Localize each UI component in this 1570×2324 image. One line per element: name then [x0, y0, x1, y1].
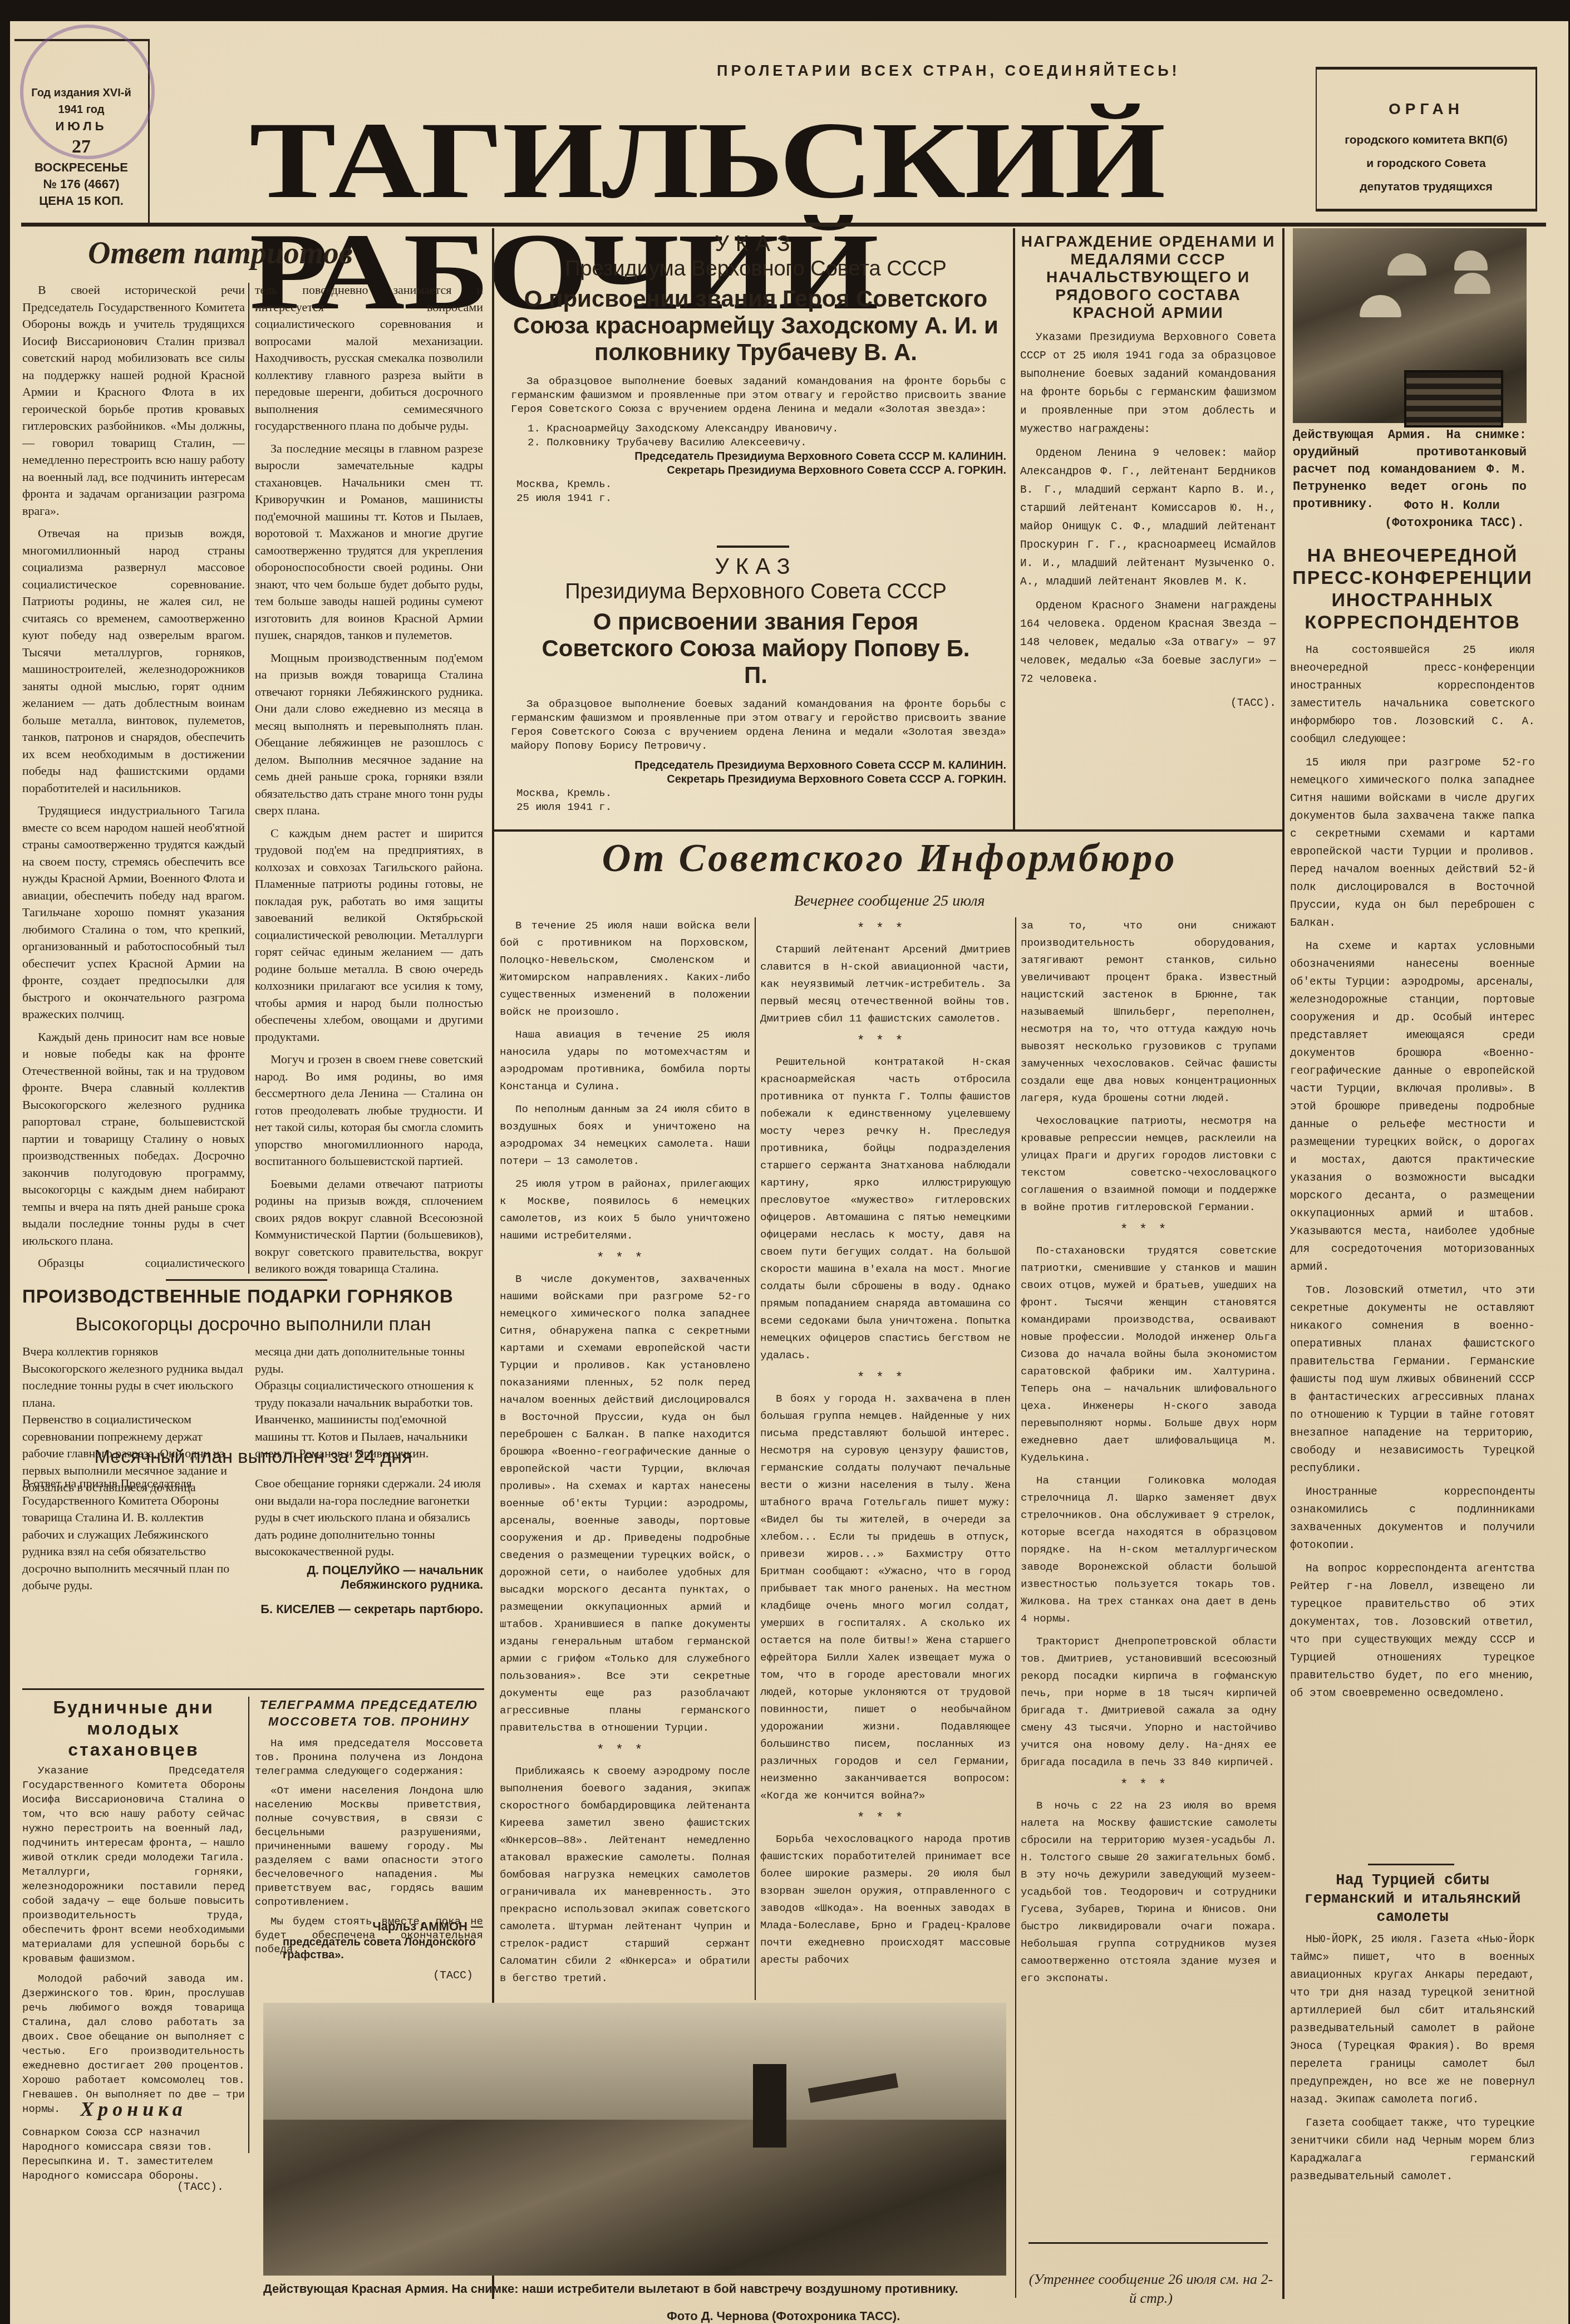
slogan: ПРОЛЕТАРИИ ВСЕХ СТРАН, СОЕДИНЯЙТЕСЬ! — [717, 62, 1180, 80]
newspaper-page: Год издания XVI-й 1941 год ИЮЛЬ 27 ВОСКР… — [10, 21, 1568, 2324]
sovinform-col3: за то, что они снижают производительност… — [1021, 917, 1277, 2203]
miners-sub1-col1: Вчера коллектив горняков Высокогорского … — [22, 1343, 245, 1496]
paragraph: НЬЮ-ЙОРК, 25 июля. Газета «Нью-Йорк тайм… — [1290, 1930, 1535, 2109]
paragraph: По-стахановски трудятся советские патрио… — [1021, 1242, 1277, 1467]
editorial-col1: В своей исторической речи Председатель Г… — [22, 282, 245, 1278]
section-stars: *** — [1021, 1777, 1277, 1794]
issue-number: № 176 (4667) — [14, 176, 148, 193]
decree-signature: Секретарь Президиума Верховного Совета С… — [511, 773, 1006, 787]
section-stars: *** — [760, 1033, 1011, 1050]
column-divider — [755, 917, 756, 2000]
column-divider — [1015, 917, 1016, 2298]
awards-section: НАГРАЖДЕНИЕ ОРДЕНАМИ И МЕДАЛЯМИ СССР НАЧ… — [1020, 228, 1276, 713]
library-stamp — [20, 24, 155, 159]
sovinform-col1: В течение 25 июля наши войска вели бой с… — [500, 917, 750, 2000]
paragraph: Мощным производственным под'емом на приз… — [255, 650, 483, 819]
telegram-source: (ТАСС) — [433, 1969, 473, 1982]
section-stars: *** — [500, 1250, 750, 1267]
section-stars: *** — [1021, 1222, 1277, 1239]
section-stars: *** — [760, 1810, 1011, 1827]
decree-issuer: Президиума Верховного Совета СССР — [500, 257, 1012, 281]
decree-date: 25 июля 1941 г. — [511, 800, 1006, 814]
chronicle-source: (ТАСС). — [177, 2181, 224, 2194]
decree-item: 2. Полковнику Трубачеву Василию Алексеев… — [511, 436, 1006, 450]
price: ЦЕНА 15 КОП. — [14, 193, 148, 209]
paragraph: Отвечая на призыв вождя, многомиллионный… — [22, 525, 245, 797]
paragraph: Каждый день приносит нам все новые и нов… — [22, 1029, 245, 1250]
column-divider — [248, 1697, 249, 2153]
decree-place: Москва, Кремль. — [511, 787, 1006, 800]
masthead-rule — [21, 223, 1546, 227]
section-rule — [22, 1688, 484, 1690]
photo-bottom-credit: Фото Д. Чернова (Фотохроника ТАСС). — [667, 2309, 900, 2323]
decree-signature: Председатель Президиума Верховного Совет… — [511, 759, 1006, 773]
youth-body: Указание Председателя Государственного К… — [22, 1763, 245, 2122]
awards-source: (ТАСС). — [1020, 694, 1276, 713]
sovinform-footnote: (Утреннее сообщение 26 июля см. на 2-й с… — [1028, 2270, 1273, 2308]
organ-line: депутатов трудящихся — [1317, 175, 1535, 199]
paragraph: Приближаясь к своему аэродрому после вып… — [500, 1763, 750, 1987]
sovinform-subhead: Вечернее сообщение 25 июля — [500, 892, 1279, 910]
paragraph: Наша авиация в течение 25 июля наносила … — [500, 1026, 750, 1095]
paragraph: Боевыми делами отвечают патриоты родины … — [255, 1176, 483, 1278]
paragraph: На схеме и картах условными обозначениям… — [1290, 937, 1535, 1276]
section-rule — [494, 829, 1284, 832]
photo-fighter-planes — [263, 2003, 1006, 2276]
section-stars: *** — [500, 1742, 750, 1760]
editorial-col2: тель повседневно занимается и интересует… — [255, 282, 483, 1278]
paragraph: тель повседневно занимается и интересует… — [255, 282, 483, 435]
issue-info-box: Год издания XVI-й 1941 год ИЮЛЬ 27 ВОСКР… — [14, 39, 150, 225]
organ-label: ОРГАН — [1317, 97, 1535, 121]
paragraph: «От имени населения Лондона шлю населени… — [255, 1784, 483, 1909]
miners-sub1: Высокогорцы досрочно выполнили план — [22, 1314, 484, 1335]
decree-title: О присвоении звания Героя Советского Сою… — [505, 286, 1006, 366]
paragraph: Чехословацкие патриоты, несмотря на кров… — [1021, 1113, 1277, 1216]
helmet — [1360, 295, 1401, 317]
section-stars: *** — [760, 921, 1011, 938]
decree-issuer: Президиума Верховного Совета СССР — [500, 579, 1012, 604]
column-divider — [492, 228, 494, 2299]
telegram-signer: Чарльз АММОН — — [255, 1919, 483, 1934]
sovinform-col2: *** Старший лейтенант Арсений Дмитриев с… — [760, 917, 1011, 2000]
paragraph: 15 июля при разгроме 52-го немецкого хим… — [1290, 754, 1535, 932]
paragraph: За образцовое выполнение боевых заданий … — [511, 375, 1006, 416]
paragraph: В ночь с 22 на 23 июля во время налета н… — [1021, 1797, 1277, 1987]
youth-headline: Будничные дни молодых стахановцев — [22, 1697, 245, 1760]
paragraph: Тов. Лозовский отметил, что эти секретны… — [1290, 1281, 1535, 1477]
paragraph: На вопрос корреспондента агентства Рейте… — [1290, 1560, 1535, 1702]
column-divider — [1282, 228, 1284, 2299]
organ-line: и городского Совета — [1317, 152, 1535, 175]
awards-body: Указами Президиума Верховного Совета ССС… — [1020, 328, 1276, 713]
photo-antitank-crew — [1293, 228, 1527, 423]
paragraph: Борьба чехословацкого народа против фаши… — [760, 1831, 1011, 1969]
helmet — [1454, 250, 1488, 271]
miners-sub2: Месячный план выполнен за 24 дня — [22, 1446, 484, 1468]
paragraph: С каждым днем растет и ширится трудовой … — [255, 825, 483, 1046]
ornament-rule — [166, 1279, 327, 1281]
paragraph: За образцовое выполнение боевых заданий … — [511, 697, 1006, 753]
miners-signer: Д. ПОЦЕЛУЙКО — начальник Лебяжинского ру… — [255, 1563, 483, 1592]
paragraph: Тракторист Днепропетровской области тов.… — [1021, 1633, 1277, 1771]
weekday: ВОСКРЕСЕНЬЕ — [14, 159, 148, 176]
paragraph: В своей исторической речи Председатель Г… — [22, 282, 245, 519]
helmet — [1454, 273, 1490, 294]
decree-1: УКАЗ Президиума Верховного Совета СССР О… — [500, 228, 1012, 505]
ornament-rule — [1368, 1864, 1454, 1865]
press-conference: НА ВНЕОЧЕРЕДНОЙ ПРЕСС-КОНФЕРЕНЦИИ ИНОСТР… — [1290, 539, 1535, 1838]
paragraph: Решительной контратакой Н-ская красноарм… — [760, 1054, 1011, 1364]
paragraph: На состоявшейся 25 июля внеочередной пре… — [1290, 641, 1535, 748]
decree-signature: Секретарь Президиума Верховного Совета С… — [511, 464, 1006, 478]
miners-sub1-col2: месяца дни дать дополнительные тонны руд… — [255, 1343, 483, 1462]
section-rule — [1028, 2242, 1268, 2244]
decree-signature: Председатель Президиума Верховного Совет… — [511, 450, 1006, 464]
paragraph: За последние месяцы в главном разрезе вы… — [255, 440, 483, 644]
paragraph: По неполным данным за 24 июля сбито в во… — [500, 1101, 750, 1170]
miners-headline: ПРОИЗВОДСТВЕННЫЕ ПОДАРКИ ГОРНЯКОВ — [22, 1286, 484, 1307]
miners-sub2-col2: Свое обещание горняки сдержали. 24 июля … — [255, 1475, 483, 1560]
paragraph: Молодой рабочий завода им. Дзержинского … — [22, 1972, 245, 2116]
decree-label: УКАЗ — [500, 554, 1012, 579]
telegram-headline: ТЕЛЕГРАММА ПРЕДСЕДАТЕЛЮ МОССОВЕТА ТОВ. П… — [255, 1697, 483, 1730]
paragraph: На станции Голиковка молодая стрелочница… — [1021, 1472, 1277, 1628]
chronicle-headline: Хроника — [22, 2097, 245, 2121]
paragraph: Орденом Ленина 9 человек: майор Александ… — [1020, 444, 1276, 591]
editorial-headline: Ответ патриотов — [88, 235, 353, 271]
press-headline: НА ВНЕОЧЕРЕДНОЙ ПРЕСС-КОНФЕРЕНЦИИ ИНОСТР… — [1290, 544, 1535, 633]
telegram-signer-title: председатель совета Лондонского графства… — [283, 1936, 483, 1962]
decree-label: УКАЗ — [500, 232, 1012, 257]
paragraph: Указание Председателя Государственного К… — [22, 1763, 245, 1966]
turkey-body: НЬЮ-ЙОРК, 25 июля. Газета «Нью-Йорк тайм… — [1290, 1930, 1535, 2191]
paragraph: На имя председателя Моссовета тов. Прони… — [255, 1737, 483, 1778]
chronicle-text: Совнарком Союза ССР назначил Народного к… — [22, 2125, 245, 2183]
decree-2: УКАЗ Президиума Верховного Совета СССР О… — [500, 554, 1012, 814]
decree-body: За образцовое выполнение боевых заданий … — [500, 375, 1012, 505]
organ-box: ОРГАН городского комитета ВКП(б) и город… — [1316, 67, 1537, 212]
figure-silhouette — [753, 2064, 786, 2148]
section-stars: *** — [760, 1370, 1011, 1387]
miners-signer: Б. КИСЕЛЕВ — секретарь партбюро. — [255, 1602, 483, 1617]
photo-top-credit: Фото Н. Колли — [1404, 497, 1500, 514]
turkey-headline: Над Турцией сбиты германский и итальянск… — [1290, 1872, 1535, 1927]
paragraph: В боях у города Н. захвачена в плен боль… — [760, 1391, 1011, 1805]
sovinform-headline: От Советского Информбюро — [500, 835, 1279, 881]
photo-top-credit: (Фотохроника ТАСС). — [1385, 514, 1524, 532]
paragraph: В течение 25 июля наши войска вели бой с… — [500, 917, 750, 1021]
decree-body: За образцовое выполнение боевых заданий … — [500, 697, 1012, 814]
paragraph: Иностранные корреспонденты ознакомились … — [1290, 1483, 1535, 1554]
paragraph: Трудящиеся индустриального Тагила вместе… — [22, 802, 245, 1023]
decree-title: О присвоении звания Героя Советского Сою… — [533, 608, 978, 689]
photo-bottom-caption: Действующая Красная Армия. На снимке: на… — [263, 2281, 1006, 2297]
awards-headline: НАГРАЖДЕНИЕ ОРДЕНАМИ И МЕДАЛЯМИ СССР НАЧ… — [1020, 233, 1276, 322]
paragraph: Указами Президиума Верховного Совета ССС… — [1020, 328, 1276, 439]
paragraph: В числе документов, захваченных нашими в… — [500, 1271, 750, 1737]
decree-date: 25 июля 1941 г. — [511, 492, 1006, 505]
paragraph: Могуч и грозен в своем гневе советский н… — [255, 1051, 483, 1170]
editorial-divider — [248, 283, 249, 1274]
paragraph: 25 июля утром в районах, прилегающих к М… — [500, 1176, 750, 1245]
ammo-crate — [1404, 370, 1503, 428]
organ-line: городского комитета ВКП(б) — [1317, 129, 1535, 152]
paragraph: Газета сообщает также, что турецкие зени… — [1290, 2114, 1535, 2185]
paragraph: за то, что они снижают производительност… — [1021, 917, 1277, 1107]
press-body: На состоявшейся 25 июля внеочередной пре… — [1290, 641, 1535, 1838]
paragraph: Образцы социалистического отношения к тр… — [22, 1255, 245, 1278]
helmet — [1387, 253, 1426, 276]
decree-place: Москва, Кремль. — [511, 478, 1006, 492]
paragraph: Старший лейтенант Арсений Дмитриев слави… — [760, 941, 1011, 1028]
decree-divider — [717, 546, 789, 548]
miners-sub2-col1: В ответ на призыв Председателя Государст… — [22, 1475, 245, 1594]
decree-item: 1. Красноармейцу Заходскому Александру И… — [511, 422, 1006, 436]
column-divider — [1013, 228, 1015, 829]
paragraph: Орденом Красного Знамени награждены 164 … — [1020, 597, 1276, 689]
